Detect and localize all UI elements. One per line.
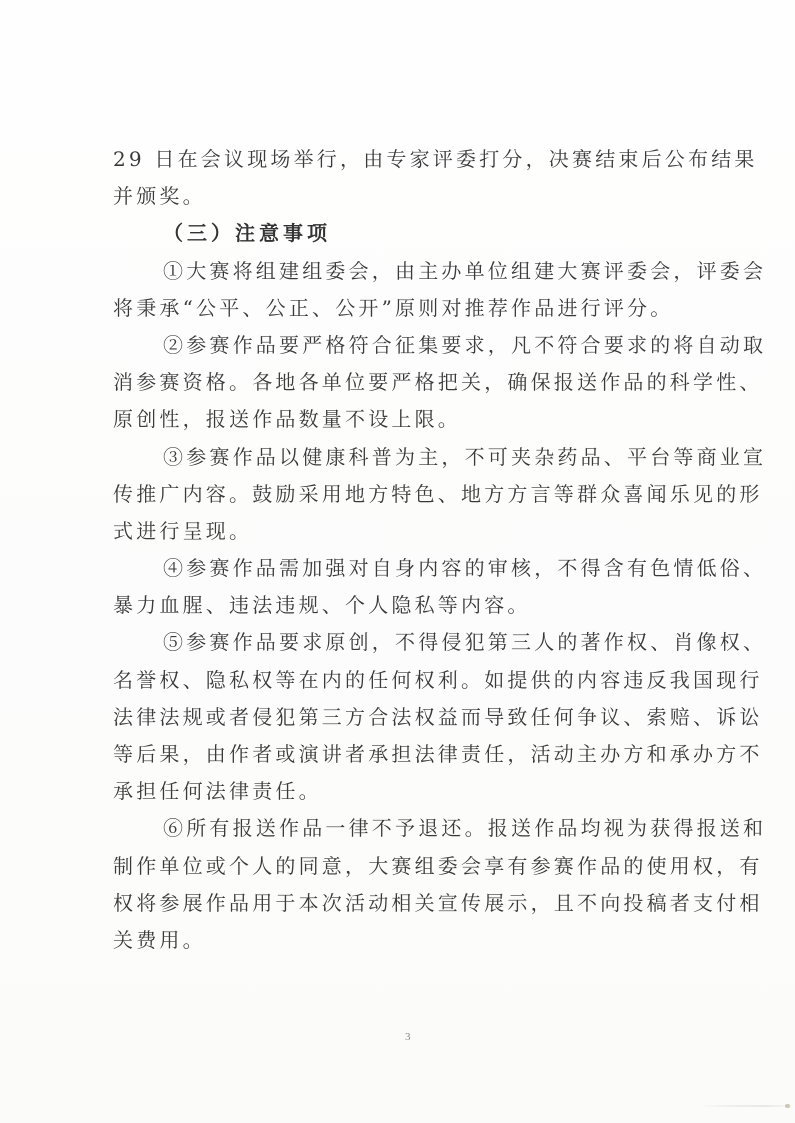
text-line: 29 日在会议现场举行，由专家评委打分，决赛结束后公布结果	[113, 141, 713, 178]
text-line: 制作单位或个人的同意，大赛组委会享有参赛作品的使用权，有	[113, 848, 713, 885]
text-line: 关费用。	[113, 922, 713, 959]
scan-artifact-line	[700, 1105, 795, 1107]
text-line: 等后果，由作者或演讲者承担法律责任，活动主办方和承办方不	[113, 736, 713, 773]
item-3-start: ③参赛作品以健康科普为主，不可夹杂药品、平台等商业宣	[113, 439, 713, 476]
text-line: 将秉承“公平、公正、公开”原则对推荐作品进行评分。	[113, 290, 713, 327]
item-6-start: ⑥所有报送作品一律不予退还。报送作品均视为获得报送和	[113, 810, 713, 847]
text-line: 名誉权、隐私权等在内的任何权利。如提供的内容违反我国现行	[113, 662, 713, 699]
section-heading: （三）注意事项	[113, 215, 713, 252]
item-1-start: ①大赛将组建组委会，由主办单位组建大赛评委会，评委会	[113, 253, 713, 290]
text-line: 传推广内容。鼓励采用地方特色、地方方言等群众喜闻乐见的形	[113, 476, 713, 513]
document-body: 29 日在会议现场举行，由专家评委打分，决赛结束后公布结果 并颁奖。 （三）注意…	[113, 141, 713, 959]
text-line: 法律法规或者侵犯第三方合法权益而导致任何争议、索赔、诉讼	[113, 699, 713, 736]
text-line: 并颁奖。	[113, 178, 713, 215]
item-4-start: ④参赛作品需加强对自身内容的审核，不得含有色情低俗、	[113, 550, 713, 587]
item-2-start: ②参赛作品要严格符合征集要求，凡不符合要求的将自动取	[113, 327, 713, 364]
text-line: 式进行呈现。	[113, 513, 713, 550]
page-number: 3	[405, 1031, 411, 1043]
text-line: 暴力血腥、违法违规、个人隐私等内容。	[113, 587, 713, 624]
item-5-start: ⑤参赛作品要求原创，不得侵犯第三人的著作权、肖像权、	[113, 624, 713, 661]
document-page: 29 日在会议现场举行，由专家评委打分，决赛结束后公布结果 并颁奖。 （三）注意…	[0, 0, 795, 1123]
text-line: 原创性，报送作品数量不设上限。	[113, 401, 713, 438]
text-line: 承担任何法律责任。	[113, 773, 713, 810]
text-line: 权将参展作品用于本次活动相关宣传展示，且不向投稿者支付相	[113, 885, 713, 922]
text-line: 消参赛资格。各地各单位要严格把关，确保报送作品的科学性、	[113, 364, 713, 401]
scan-artifact-mark	[785, 1104, 790, 1108]
